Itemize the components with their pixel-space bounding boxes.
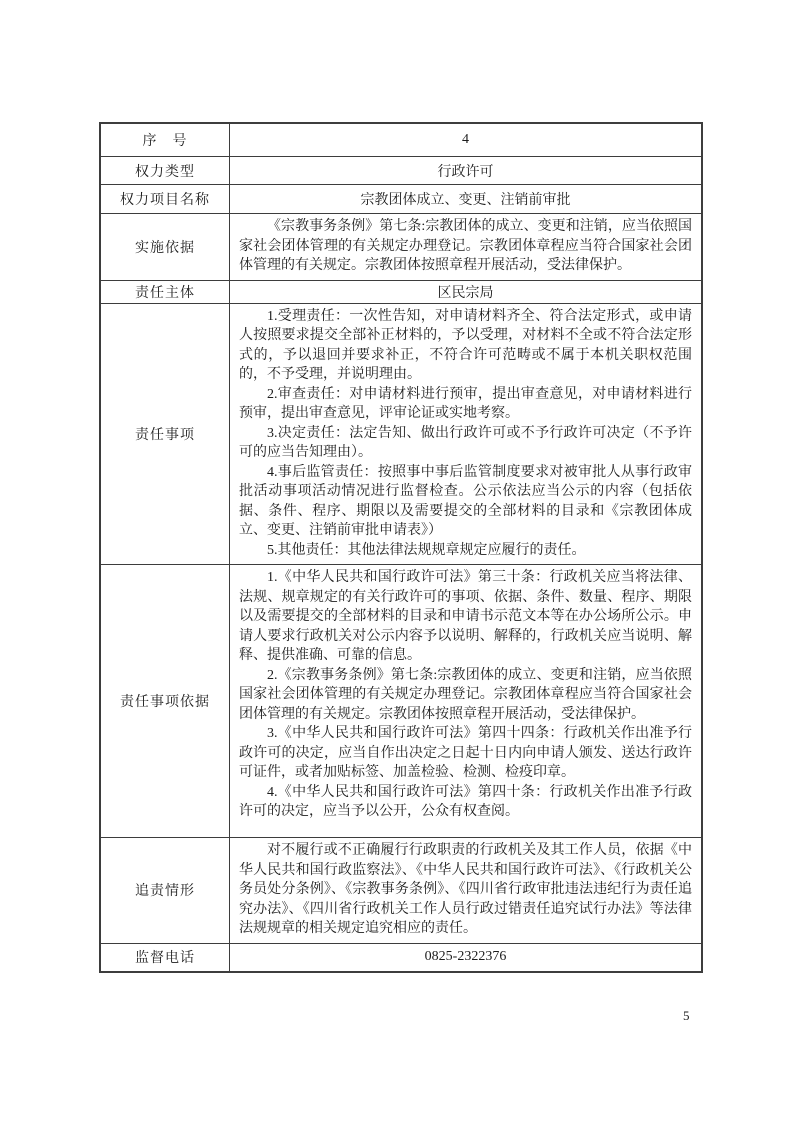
paragraph: 5.其他责任：其他法律法规规章规定应履行的责任。 bbox=[239, 541, 692, 561]
paragraph: 1.受理责任：一次性告知，对申请材料齐全、符合法定形式，或申请人按照要求提交全部… bbox=[239, 307, 692, 385]
row-power-type: 权力类型 行政许可 bbox=[101, 157, 701, 185]
row-serial-number: 序 号 4 bbox=[101, 124, 701, 157]
row-accountability-situations-text: 对不履行或不正确履行行政职责的行政机关及其工作人员，依据《中华人民共和国行政监察… bbox=[230, 838, 701, 943]
row-implementation-basis-text: 《宗教事务条例》第七条:宗教团体的成立、变更和注销，应当依照国家社会团体管理的有… bbox=[230, 214, 701, 280]
paragraph: 2.审查责任：对申请材料进行预审，提出审查意见，对申请材料进行预审，提出审查意见… bbox=[239, 385, 692, 424]
row-responsibility-items-text: 1.受理责任：一次性告知，对申请材料齐全、符合法定形式，或申请人按照要求提交全部… bbox=[230, 304, 701, 565]
row-responsibility-items-basis-text: 1.《中华人民共和国行政许可法》第三十条：行政机关应当将法律、法规、规章规定的有… bbox=[230, 565, 701, 837]
page-number: 5 bbox=[683, 1008, 690, 1024]
row-serial-number-label: 序 号 bbox=[101, 124, 230, 156]
paragraph: 对不履行或不正确履行行政职责的行政机关及其工作人员，依据《中华人民共和国行政监察… bbox=[239, 841, 692, 939]
row-accountability-situations-label: 追责情形 bbox=[101, 838, 230, 943]
row-power-item-name: 权力项目名称 宗教团体成立、变更、注销前审批 bbox=[101, 185, 701, 214]
paragraph: 4.《中华人民共和国行政许可法》第四十条：行政机关作出准予行政许可的决定，应当予… bbox=[239, 783, 692, 822]
row-power-item-name-value: 宗教团体成立、变更、注销前审批 bbox=[230, 185, 701, 213]
row-supervision-phone-label: 监督电话 bbox=[101, 944, 230, 971]
row-responsible-entity-label: 责任主体 bbox=[101, 281, 230, 303]
row-responsibility-items-basis: 责任事项依据 1.《中华人民共和国行政许可法》第三十条：行政机关应当将法律、法规… bbox=[101, 565, 701, 838]
row-supervision-phone-value: 0825-2322376 bbox=[230, 944, 701, 971]
row-serial-number-value: 4 bbox=[230, 124, 701, 156]
row-power-type-label: 权力类型 bbox=[101, 157, 230, 184]
row-implementation-basis: 实施依据 《宗教事务条例》第七条:宗教团体的成立、变更和注销，应当依照国家社会团… bbox=[101, 214, 701, 281]
paragraph: 《宗教事务条例》第七条:宗教团体的成立、变更和注销，应当依照国家社会团体管理的有… bbox=[239, 217, 692, 276]
row-accountability-situations: 追责情形 对不履行或不正确履行行政职责的行政机关及其工作人员，依据《中华人民共和… bbox=[101, 838, 701, 944]
row-responsibility-items-label: 责任事项 bbox=[101, 304, 230, 565]
paragraph: 3.《中华人民共和国行政许可法》第四十四条：行政机关作出准予行政许可的决定，应当… bbox=[239, 724, 692, 783]
paragraph: 2.《宗教事务条例》第七条:宗教团体的成立、变更和注销，应当依照国家社会团体管理… bbox=[239, 666, 692, 725]
row-supervision-phone: 监督电话 0825-2322376 bbox=[101, 944, 701, 971]
row-responsibility-items-basis-label: 责任事项依据 bbox=[101, 565, 230, 837]
power-item-table: 序 号 4 权力类型 行政许可 权力项目名称 宗教团体成立、变更、注销前审批 实… bbox=[99, 122, 703, 973]
row-implementation-basis-label: 实施依据 bbox=[101, 214, 230, 280]
paragraph: 3.决定责任：法定告知、做出行政许可或不予行政许可决定（不予许可的应当告知理由）… bbox=[239, 424, 692, 463]
paragraph: 1.《中华人民共和国行政许可法》第三十条：行政机关应当将法律、法规、规章规定的有… bbox=[239, 568, 692, 666]
row-responsible-entity: 责任主体 区民宗局 bbox=[101, 281, 701, 304]
row-responsibility-items: 责任事项 1.受理责任：一次性告知，对申请材料齐全、符合法定形式，或申请人按照要… bbox=[101, 304, 701, 566]
row-responsible-entity-value: 区民宗局 bbox=[230, 281, 701, 303]
row-power-type-value: 行政许可 bbox=[230, 157, 701, 184]
row-power-item-name-label: 权力项目名称 bbox=[101, 185, 230, 213]
paragraph: 4.事后监管责任：按照事中事后监管制度要求对被审批人从事行政审批活动事项活动情况… bbox=[239, 463, 692, 541]
